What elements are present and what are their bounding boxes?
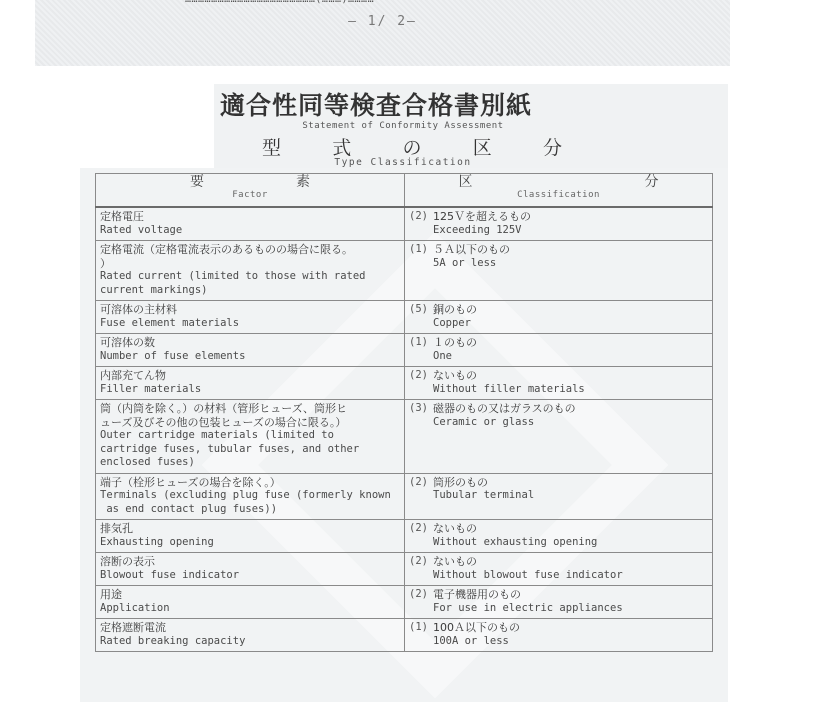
table-row: 定格遮断電流 Rated breaking capacity (1) 100Ａ以… — [96, 619, 713, 652]
classification-jp: １のもの — [433, 336, 708, 350]
classification-jp: 100Ａ以下のもの — [433, 621, 708, 635]
classification-en: One — [433, 350, 708, 364]
classification-number: (2) — [409, 369, 433, 396]
factor-cell: 内部充てん物 Filler materials — [96, 367, 405, 400]
section-title-char: の — [402, 133, 421, 160]
factor-en: Fuse element materials — [100, 317, 400, 331]
classification-jp: 筒形のもの — [433, 476, 708, 490]
factor-jp: 端子（栓形ヒューズの場合を除く。） — [100, 476, 400, 490]
classification-number: (1) — [409, 336, 433, 363]
classification-en: Ceramic or glass — [433, 416, 708, 430]
header-classification: 区 分 Classification — [405, 174, 713, 208]
factor-cell: 筒（内筒を除く。）の材料（管形ヒューズ、筒形ヒ ューズ及びその他の包装ヒューズの… — [96, 400, 405, 474]
document-title: 適合性同等検査合格書別紙 — [220, 86, 590, 122]
factor-jp: 排気孔 — [100, 522, 400, 536]
factor-cell: 用途 Application — [96, 586, 405, 619]
factor-jp: 可溶体の主材料 — [100, 303, 400, 317]
table-row: 用途 Application (2) 電子機器用のもの For use in e… — [96, 586, 713, 619]
previous-page-strip: ……………………………………………………(………)………… — 1/ 2— — [35, 0, 730, 66]
classification-cell: (2) 125Ｖを超えるもの Exceeding 125V — [405, 207, 713, 241]
cut-off-text-line: ……………………………………………………(………)………… — [185, 0, 585, 4]
factor-jp: 筒（内筒を除く。）の材料（管形ヒューズ、筒形ヒ ューズ及びその他の包装ヒューズの… — [100, 402, 400, 429]
classification-en: For use in electric appliances — [433, 602, 708, 616]
classification-cell: (5) 銅のもの Copper — [405, 301, 713, 334]
classification-cell: (2) 電子機器用のもの For use in electric applian… — [405, 586, 713, 619]
classification-jp: 銅のもの — [433, 303, 708, 317]
header-char: 要 — [190, 176, 204, 190]
classification-jp: 電子機器用のもの — [433, 588, 708, 602]
factor-jp: 定格遮断電流 — [100, 621, 400, 635]
section-title-char: 型 — [262, 133, 281, 160]
factor-en: Rated current (limited to those with rat… — [100, 270, 400, 297]
classification-number: (2) — [409, 522, 433, 549]
classification-cell: (1) 100Ａ以下のもの 100A or less — [405, 619, 713, 652]
classification-en: Without exhausting opening — [433, 536, 708, 550]
table-row: 定格電流（定格電流表示のあるものの場合に限る。 ） Rated current … — [96, 241, 713, 301]
factor-jp: 可溶体の数 — [100, 336, 400, 350]
classification-number: (2) — [409, 555, 433, 582]
section-title: 型 式 の 区 分 — [262, 133, 562, 160]
classification-number: (3) — [409, 402, 433, 429]
factor-en: Number of fuse elements — [100, 350, 400, 364]
classification-cell: (2) 筒形のもの Tubular terminal — [405, 473, 713, 520]
factor-cell: 定格電流（定格電流表示のあるものの場合に限る。 ） Rated current … — [96, 241, 405, 301]
classification-cell: (2) ないもの Without filler materials — [405, 367, 713, 400]
classification-en: 100A or less — [433, 635, 708, 649]
table-row: 可溶体の数 Number of fuse elements (1) １のもの O… — [96, 334, 713, 367]
factor-cell: 可溶体の数 Number of fuse elements — [96, 334, 405, 367]
classification-cell: (2) ないもの Without blowout fuse indicator — [405, 553, 713, 586]
factor-cell: 可溶体の主材料 Fuse element materials — [96, 301, 405, 334]
table-row: 内部充てん物 Filler materials (2) ないもの Without… — [96, 367, 713, 400]
header-char: 分 — [645, 176, 659, 190]
classification-number: (2) — [409, 210, 433, 237]
classification-en: Exceeding 125V — [433, 224, 708, 238]
header-classification-en: Classification — [405, 190, 712, 201]
table-header-row: 要 素 Factor 区 分 Classification — [96, 174, 713, 208]
section-title-char: 区 — [473, 133, 492, 160]
factor-jp: 定格電流（定格電流表示のあるものの場合に限る。 ） — [100, 243, 400, 270]
factor-cell: 端子（栓形ヒューズの場合を除く。） Terminals (excluding p… — [96, 473, 405, 520]
factor-cell: 定格遮断電流 Rated breaking capacity — [96, 619, 405, 652]
classification-en: 5A or less — [433, 257, 708, 271]
table-row: 定格電圧 Rated voltage (2) 125Ｖを超えるもの Exceed… — [96, 207, 713, 241]
classification-number: (2) — [409, 476, 433, 503]
classification-jp: ないもの — [433, 555, 708, 569]
factor-cell: 排気孔 Exhausting opening — [96, 520, 405, 553]
factor-en: Blowout fuse indicator — [100, 569, 400, 583]
classification-number: (5) — [409, 303, 433, 330]
factor-en: Exhausting opening — [100, 536, 400, 550]
classification-jp: 125Ｖを超えるもの — [433, 210, 708, 224]
factor-cell: 溶断の表示 Blowout fuse indicator — [96, 553, 405, 586]
classification-cell: (2) ないもの Without exhausting opening — [405, 520, 713, 553]
table-row: 端子（栓形ヒューズの場合を除く。） Terminals (excluding p… — [96, 473, 713, 520]
classification-number: (2) — [409, 588, 433, 615]
classification-en: Copper — [433, 317, 708, 331]
classification-cell: (1) ５Ａ以下のもの 5A or less — [405, 241, 713, 301]
factor-en: Terminals (excluding plug fuse (formerly… — [100, 489, 400, 516]
factor-en: Outer cartridge materials (limited to ca… — [100, 429, 400, 470]
classification-jp: 磁器のもの又はガラスのもの — [433, 402, 708, 416]
page-number: — 1/ 2— — [35, 14, 730, 29]
factor-cell: 定格電圧 Rated voltage — [96, 207, 405, 241]
classification-jp: ないもの — [433, 522, 708, 536]
classification-en: Without blowout fuse indicator — [433, 569, 708, 583]
table-row: 筒（内筒を除く。）の材料（管形ヒューズ、筒形ヒ ューズ及びその他の包装ヒューズの… — [96, 400, 713, 474]
section-title-char: 分 — [543, 133, 562, 160]
section-title-char: 式 — [332, 133, 351, 160]
header-factor-en: Factor — [96, 190, 404, 201]
classification-jp: ないもの — [433, 369, 708, 383]
document-title-english: Statement of Conformity Assessment — [214, 121, 592, 131]
factor-en: Filler materials — [100, 383, 400, 397]
table-row: 可溶体の主材料 Fuse element materials (5) 銅のもの … — [96, 301, 713, 334]
header-char: 区 — [459, 176, 473, 190]
classification-table: 要 素 Factor 区 分 Classification 定格電圧 Rated… — [95, 173, 713, 652]
classification-cell: (3) 磁器のもの又はガラスのもの Ceramic or glass — [405, 400, 713, 474]
factor-en: Application — [100, 602, 400, 616]
factor-jp: 定格電圧 — [100, 210, 400, 224]
header-char: 素 — [296, 176, 310, 190]
classification-en: Tubular terminal — [433, 489, 708, 503]
section-title-english: Type Classification — [214, 157, 592, 168]
table-row: 溶断の表示 Blowout fuse indicator (2) ないもの Wi… — [96, 553, 713, 586]
classification-en: Without filler materials — [433, 383, 708, 397]
factor-en: Rated voltage — [100, 224, 400, 238]
factor-jp: 溶断の表示 — [100, 555, 400, 569]
table-row: 排気孔 Exhausting opening (2) ないもの Without … — [96, 520, 713, 553]
factor-jp: 用途 — [100, 588, 400, 602]
classification-cell: (1) １のもの One — [405, 334, 713, 367]
factor-jp: 内部充てん物 — [100, 369, 400, 383]
classification-jp: ５Ａ以下のもの — [433, 243, 708, 257]
factor-en: Rated breaking capacity — [100, 635, 400, 649]
classification-number: (1) — [409, 621, 433, 648]
classification-number: (1) — [409, 243, 433, 270]
header-factor: 要 素 Factor — [96, 174, 405, 208]
